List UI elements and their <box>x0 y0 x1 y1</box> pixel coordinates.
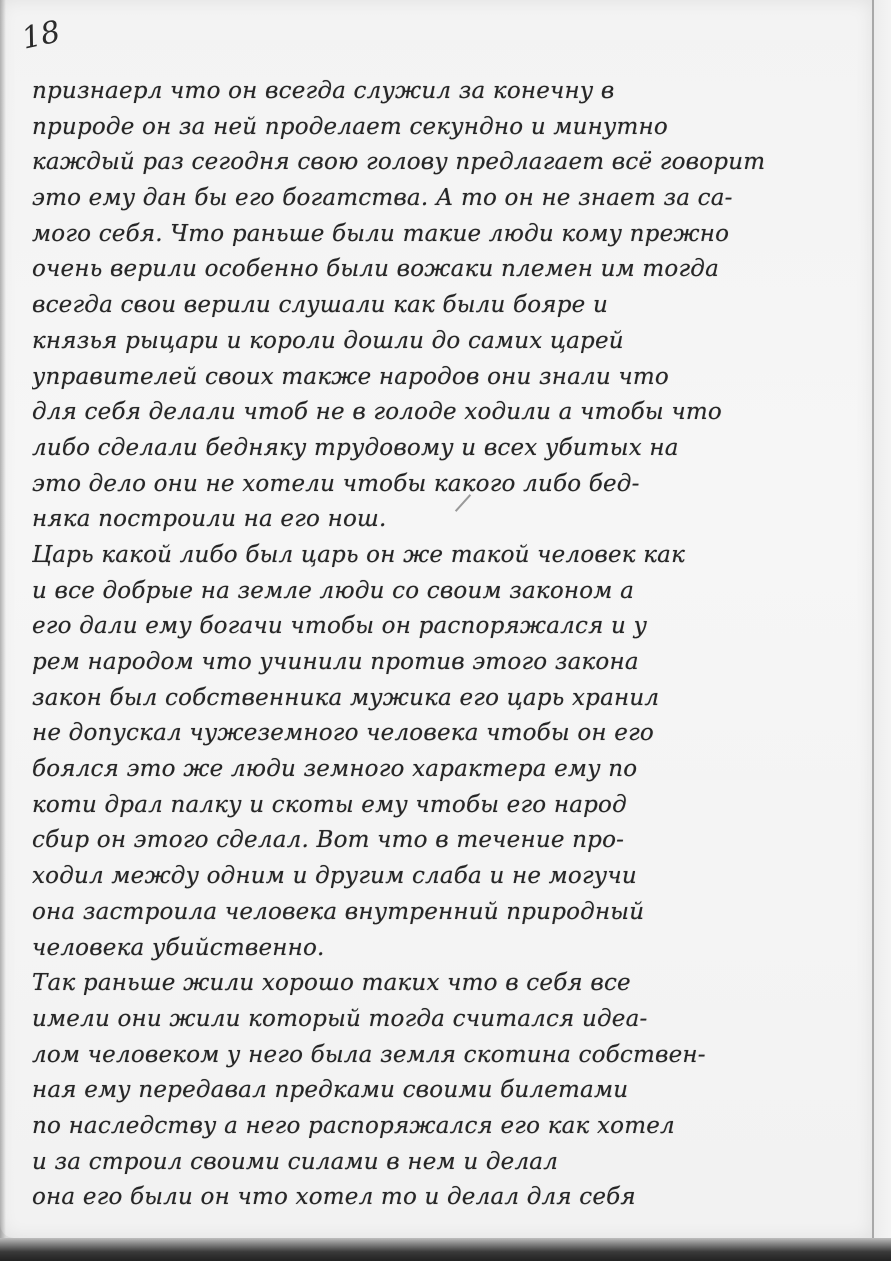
text-line: это ему дан бы его богатства. А то он не… <box>32 181 847 217</box>
text-line: для себя делали чтоб не в голоде ходили … <box>32 395 847 431</box>
text-line: всегда свои верили слушали как были бояр… <box>32 288 847 324</box>
text-line: либо сделали бедняку трудовому и всех уб… <box>32 431 847 467</box>
text-line: управителей своих также народов они знал… <box>32 360 847 396</box>
text-line: мого себя. Что раньше были такие люди ко… <box>32 217 847 253</box>
text-line: лом человеком у него была земля скотина … <box>32 1038 847 1074</box>
text-line: и за строил своими силами в нем и делал <box>32 1145 847 1181</box>
text-line: сбир он этого сделал. Вот что в течение … <box>32 823 847 859</box>
paragraph-start-line: Так раньше жили хорошо таких что в себя … <box>32 966 847 1002</box>
text-line: каждый раз сегодня свою голову предлагае… <box>32 145 847 181</box>
page-left-shadow <box>0 0 6 1238</box>
text-line: рем народом что учинили против этого зак… <box>32 645 847 681</box>
text-line: признаерл что он всегда служил за конечн… <box>32 74 847 110</box>
text-line: человека убийственно. <box>32 931 847 967</box>
scan-bottom-edge <box>0 1238 891 1261</box>
text-line: не допускал чужеземного человека чтобы о… <box>32 716 847 752</box>
text-line: имели они жили который тогда считался ид… <box>32 1002 847 1038</box>
text-line: она его были он что хотел то и делал для… <box>32 1180 847 1216</box>
text-line: закон был собственника мужика его царь х… <box>32 681 847 717</box>
text-line: боялся это же люди земного характера ему… <box>32 752 847 788</box>
text-line: ная ему передавал предками своими билета… <box>32 1073 847 1109</box>
paragraph-start-line: Царь какой либо был царь он же такой чел… <box>32 538 847 574</box>
page-right-margin <box>874 0 891 1261</box>
handwritten-text-block: признаерл что он всегда служил за конечн… <box>32 74 847 1216</box>
text-line: природе он за ней проделает секундно и м… <box>32 110 847 146</box>
text-line: князья рыцари и короли дошли до самих ца… <box>32 324 847 360</box>
text-line: коти драл палку и скоты ему чтобы его на… <box>32 788 847 824</box>
text-line: это дело они не хотели чтобы какого либо… <box>32 467 847 503</box>
text-line: няка построили на его нош. <box>32 502 847 538</box>
text-line: ходил между одним и другим слаба и не мо… <box>32 859 847 895</box>
text-line: очень верили особенно были вожаки племен… <box>32 252 847 288</box>
manuscript-page: 18 признаерл что он всегда служил за кон… <box>0 0 874 1238</box>
text-line: по наследству а него распоряжался его ка… <box>32 1109 847 1145</box>
page-number: 18 <box>19 14 64 56</box>
text-line: его дали ему богачи чтобы он распоряжалс… <box>32 609 847 645</box>
text-line: и все добрые на земле люди со своим зако… <box>32 574 847 610</box>
text-line: она застроила человека внутренний природ… <box>32 895 847 931</box>
